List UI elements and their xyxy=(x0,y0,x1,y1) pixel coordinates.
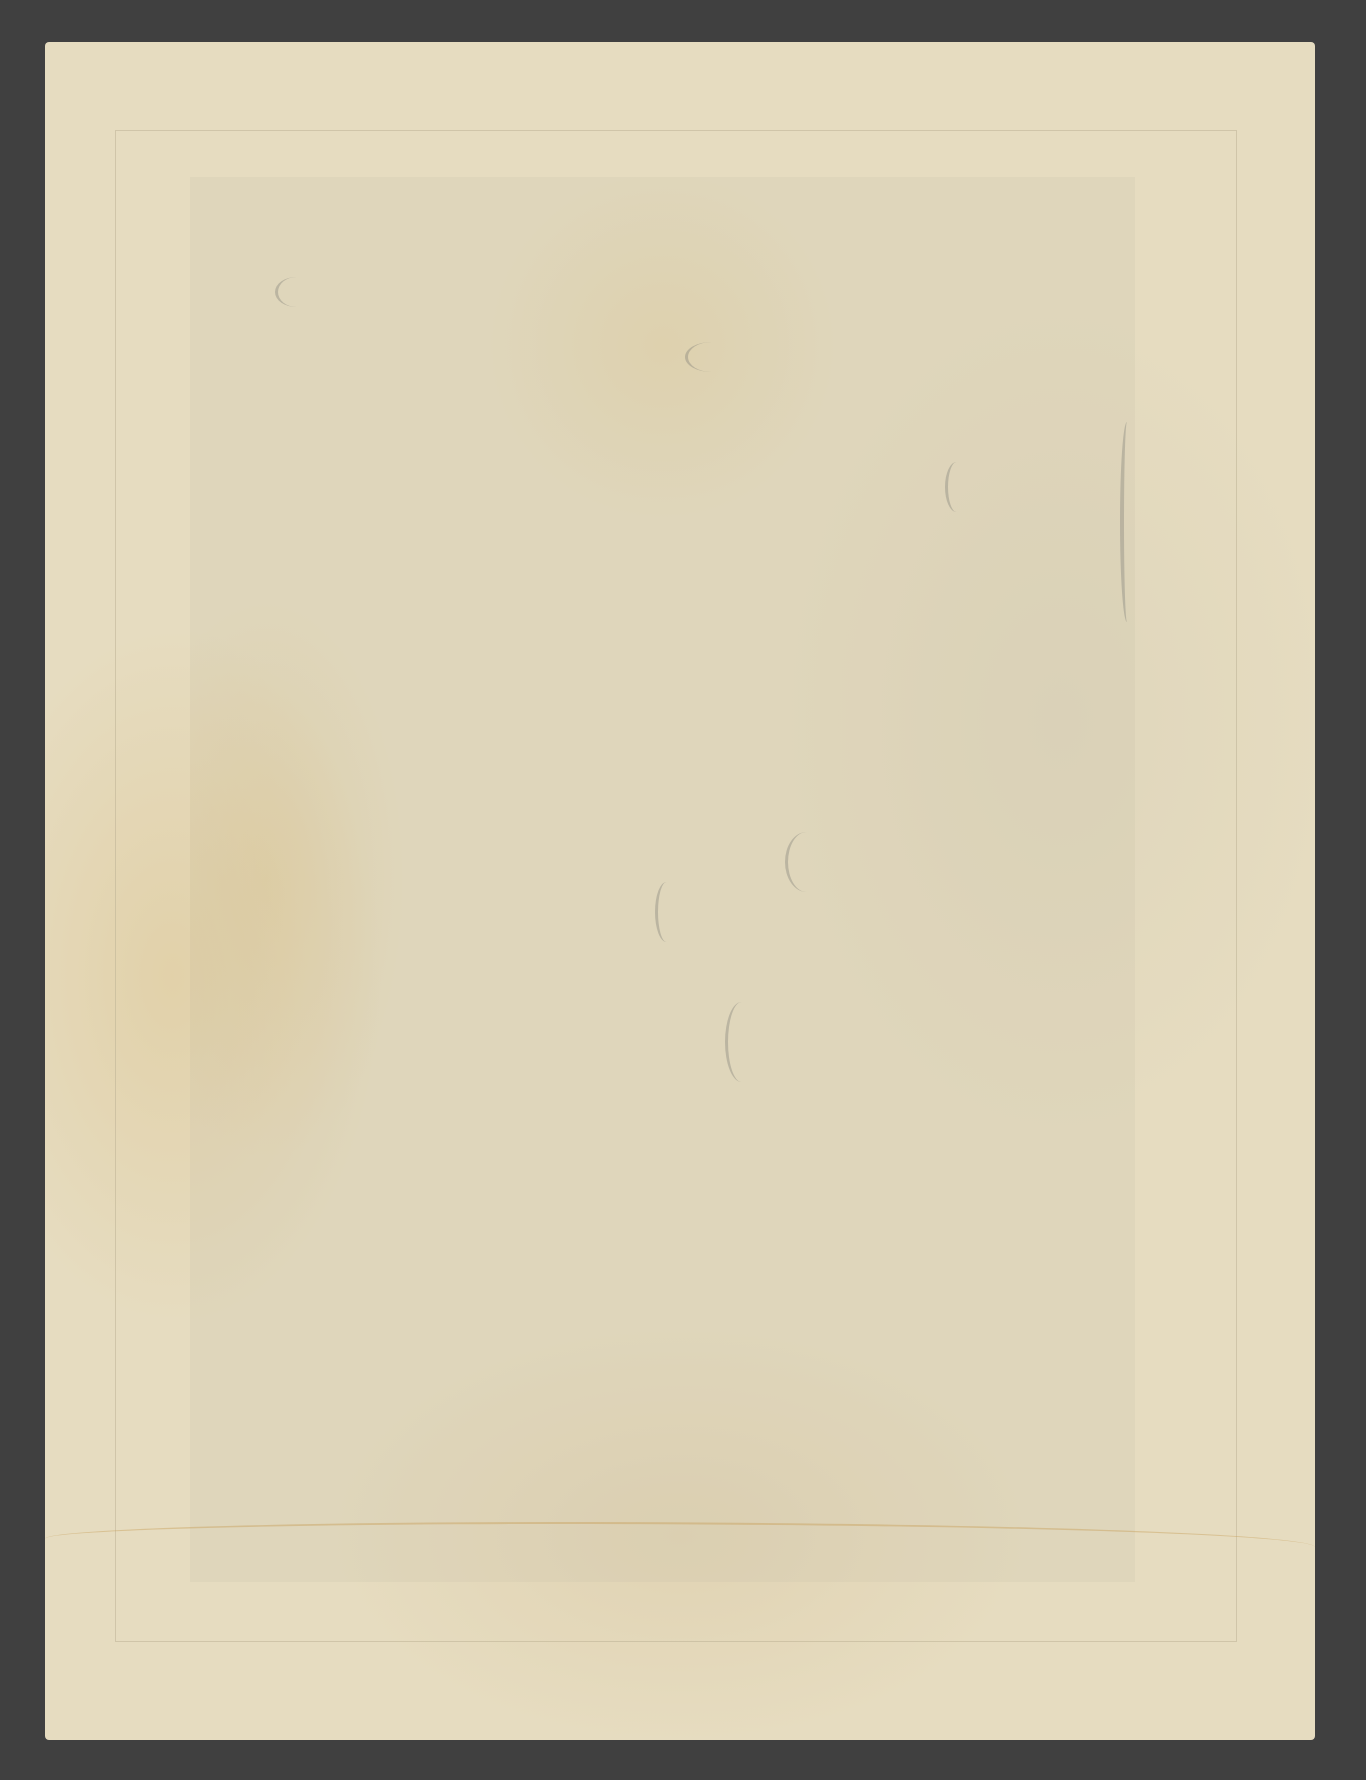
show-through-mark xyxy=(945,462,968,512)
show-through-mark xyxy=(725,1002,758,1082)
paper-sheet xyxy=(45,42,1315,1740)
show-through-mark xyxy=(785,832,828,892)
show-through-mark xyxy=(655,882,678,942)
show-through-mark xyxy=(685,342,738,372)
show-through-mark xyxy=(1120,422,1134,622)
show-through-image-area xyxy=(190,177,1135,1582)
show-through-mark xyxy=(275,277,318,307)
